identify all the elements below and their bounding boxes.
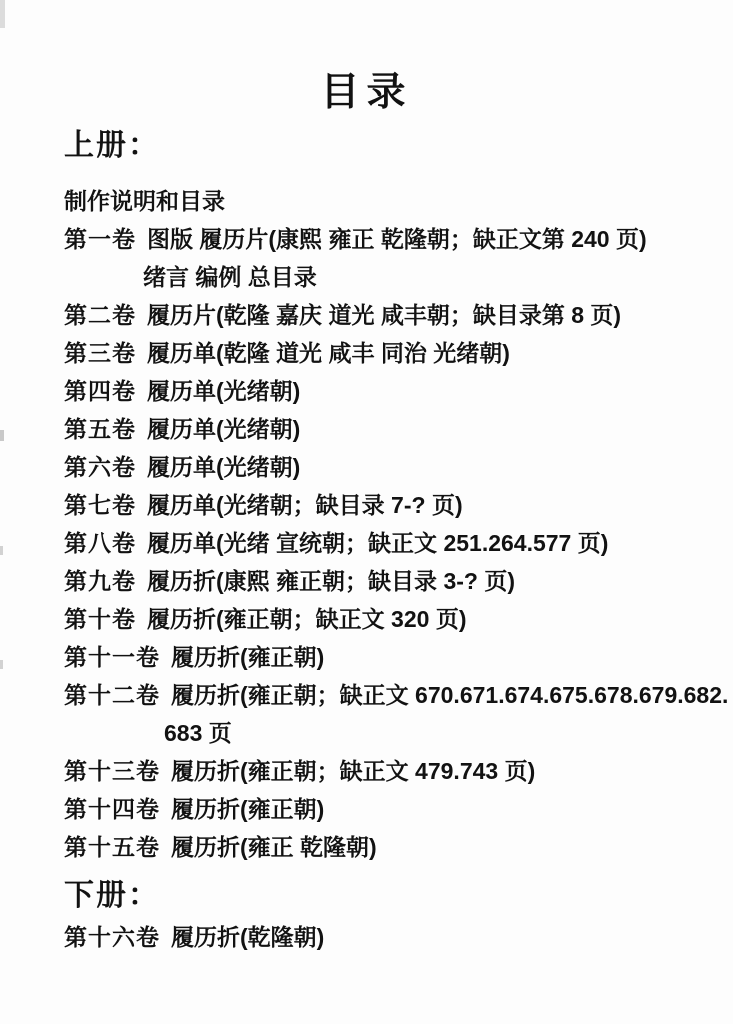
- volume-label: 第五卷: [64, 416, 136, 442]
- toc-row: 第三卷履历单(乾隆 道光 咸丰 同治 光绪朝): [64, 334, 705, 372]
- document-page: 目录 上册： 制作说明和目录 第一卷图版 履历片(康熙 雍正 乾隆朝；缺正文第 …: [0, 0, 733, 1024]
- volume-desc: 履历单(乾隆 道光 咸丰 同治 光绪朝): [147, 340, 510, 366]
- toc-row: 第十一卷履历折(雍正朝): [64, 638, 705, 676]
- volume-label: 第十三卷: [64, 758, 160, 784]
- volume-desc: 履历折(康熙 雍正朝；缺目录 3-? 页): [147, 568, 515, 594]
- toc-row: 第九卷履历折(康熙 雍正朝；缺目录 3-? 页): [64, 562, 705, 600]
- volume-label: 第十五卷: [64, 834, 160, 860]
- volume-label: 第三卷: [64, 340, 136, 366]
- volume-desc: 履历折(乾隆朝): [171, 924, 324, 950]
- volume-desc: 履历单(光绪朝): [147, 454, 300, 480]
- toc-row-continuation: 绪言 编例 总目录: [64, 258, 705, 296]
- row-text: 683 页: [164, 720, 232, 746]
- toc-row: 第五卷履历单(光绪朝): [64, 410, 705, 448]
- volume-desc: 履历片(乾隆 嘉庆 道光 咸丰朝；缺目录第 8 页): [147, 302, 621, 328]
- toc-row: 第十三卷履历折(雍正朝；缺正文 479.743 页): [64, 752, 705, 790]
- toc-row: 第一卷图版 履历片(康熙 雍正 乾隆朝；缺正文第 240 页): [64, 220, 705, 258]
- toc-row: 第十卷履历折(雍正朝；缺正文 320 页): [64, 600, 705, 638]
- volume-label: 第八卷: [64, 530, 136, 556]
- toc-row: 第二卷履历片(乾隆 嘉庆 道光 咸丰朝；缺目录第 8 页): [64, 296, 705, 334]
- volume-label: 第十四卷: [64, 796, 160, 822]
- volume-label: 第六卷: [64, 454, 136, 480]
- volume-desc: 履历折(雍正朝；缺正文 670.671.674.675.678.679.682.: [171, 682, 728, 708]
- section-heading-volume2: 下册：: [64, 874, 705, 918]
- scan-artifact: [0, 660, 3, 669]
- volume-label: 第一卷: [64, 226, 136, 252]
- scan-artifact: [0, 430, 4, 441]
- volume-label: 第十卷: [64, 606, 136, 632]
- volume-desc: 履历折(雍正朝): [171, 796, 324, 822]
- volume-label: 第二卷: [64, 302, 136, 328]
- row-text: 制作说明和目录: [64, 188, 225, 214]
- scan-artifact: [0, 0, 5, 28]
- toc-row: 第八卷履历单(光绪 宣统朝；缺正文 251.264.577 页): [64, 524, 705, 562]
- volume-desc: 履历单(光绪朝；缺目录 7-? 页): [147, 492, 463, 518]
- section-heading-volume1: 上册：: [64, 124, 705, 168]
- volume-label: 第十一卷: [64, 644, 160, 670]
- volume-label: 第七卷: [64, 492, 136, 518]
- toc-row: 第十六卷履历折(乾隆朝): [64, 918, 705, 956]
- toc-row: 第十五卷履历折(雍正 乾隆朝): [64, 828, 705, 866]
- toc-row: 第四卷履历单(光绪朝): [64, 372, 705, 410]
- volume-label: 第十六卷: [64, 924, 160, 950]
- volume-desc: 履历折(雍正朝；缺正文 479.743 页): [171, 758, 535, 784]
- toc-row: 第十四卷履历折(雍正朝): [64, 790, 705, 828]
- volume-desc: 履历单(光绪 宣统朝；缺正文 251.264.577 页): [147, 530, 608, 556]
- volume-desc: 履历折(雍正朝；缺正文 320 页): [147, 606, 466, 632]
- row-text: 绪言 编例 总目录: [143, 264, 317, 290]
- toc-row: 第七卷履历单(光绪朝；缺目录 7-? 页): [64, 486, 705, 524]
- toc-row: 第十二卷履历折(雍正朝；缺正文 670.671.674.675.678.679.…: [64, 676, 705, 714]
- toc-row: 制作说明和目录: [64, 182, 705, 220]
- volume-desc: 履历单(光绪朝): [147, 378, 300, 404]
- volume-desc: 履历折(雍正 乾隆朝): [171, 834, 377, 860]
- volume-desc: 图版 履历片(康熙 雍正 乾隆朝；缺正文第 240 页): [147, 226, 647, 252]
- volume-label: 第十二卷: [64, 682, 160, 708]
- toc-row: 第六卷履历单(光绪朝): [64, 448, 705, 486]
- toc-row-continuation: 683 页: [64, 714, 705, 752]
- volume-label: 第九卷: [64, 568, 136, 594]
- volume-desc: 履历单(光绪朝): [147, 416, 300, 442]
- scan-artifact: [0, 546, 3, 555]
- page-title: 目录: [64, 70, 669, 116]
- volume-desc: 履历折(雍正朝): [171, 644, 324, 670]
- volume-label: 第四卷: [64, 378, 136, 404]
